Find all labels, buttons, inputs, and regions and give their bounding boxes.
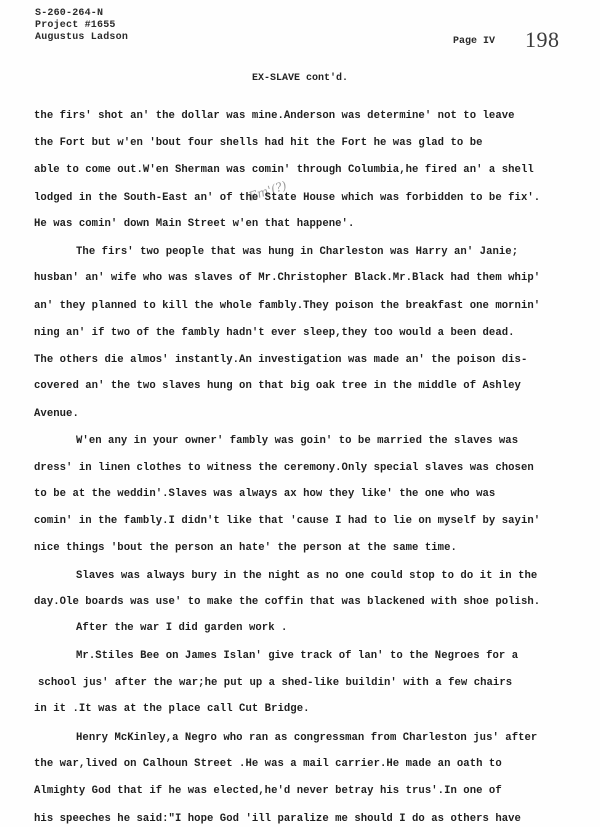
text-line: his speeches he said:"I hope God 'ill pa… (34, 813, 521, 825)
document-title: EX-SLAVE cont'd. (0, 73, 600, 84)
text-line: dress' in linen clothes to witness the c… (34, 462, 534, 474)
text-line: school jus' after the war;he put up a sh… (38, 677, 512, 689)
text-line: day.Ole boards was use' to make the coff… (34, 596, 540, 608)
text-line: nice things 'bout the person an hate' th… (34, 542, 457, 554)
project-number: Project #1655 (35, 20, 128, 32)
text-line: Avenue. (34, 408, 79, 420)
text-line: able to come out.W'en Sherman was comin'… (34, 164, 534, 176)
text-line: in it .It was at the place call Cut Brid… (34, 703, 310, 715)
text-line: comin' in the fambly.I didn't like that … (34, 515, 540, 527)
informant-name: Augustus Ladson (35, 32, 128, 44)
text-line: covered an' the two slaves hung on that … (34, 380, 521, 392)
text-line: Almighty God that if he was elected,he'd… (34, 785, 502, 797)
text-line: to be at the weddin'.Slaves was always a… (34, 488, 495, 500)
text-line: Henry McKinley,a Negro who ran as congre… (76, 732, 537, 744)
reference-code: S-260-264-N (35, 8, 128, 20)
text-line: The firs' two people that was hung in Ch… (76, 246, 518, 258)
text-line: The others die almos' instantly.An inves… (34, 354, 527, 366)
text-line: lodged in the South-East an' of the Stat… (34, 192, 540, 204)
text-line: W'en any in your owner' fambly was goin'… (76, 435, 518, 447)
text-line: husban' an' wife who was slaves of Mr.Ch… (34, 272, 540, 284)
text-line: Mr.Stiles Bee on James Islan' give track… (76, 650, 518, 662)
page-label: Page IV (453, 36, 495, 47)
text-line: the firs' shot an' the dollar was mine.A… (34, 110, 515, 122)
stamped-page-number: 198 (525, 27, 560, 53)
document-page: S-260-264-N Project #1655 Augustus Ladso… (0, 0, 600, 827)
text-line: an' they planned to kill the whole fambl… (34, 300, 540, 312)
text-line: ning an' if two of the fambly hadn't eve… (34, 327, 515, 339)
text-line: the war,lived on Calhoun Street .He was … (34, 758, 502, 770)
text-line: Slaves was always bury in the night as n… (76, 570, 537, 582)
document-header: S-260-264-N Project #1655 Augustus Ladso… (35, 8, 128, 44)
text-line: He was comin' down Main Street w'en that… (34, 218, 354, 230)
text-line: After the war I did garden work . (76, 622, 287, 634)
text-line: the Fort but w'en 'bout four shells had … (34, 137, 483, 149)
